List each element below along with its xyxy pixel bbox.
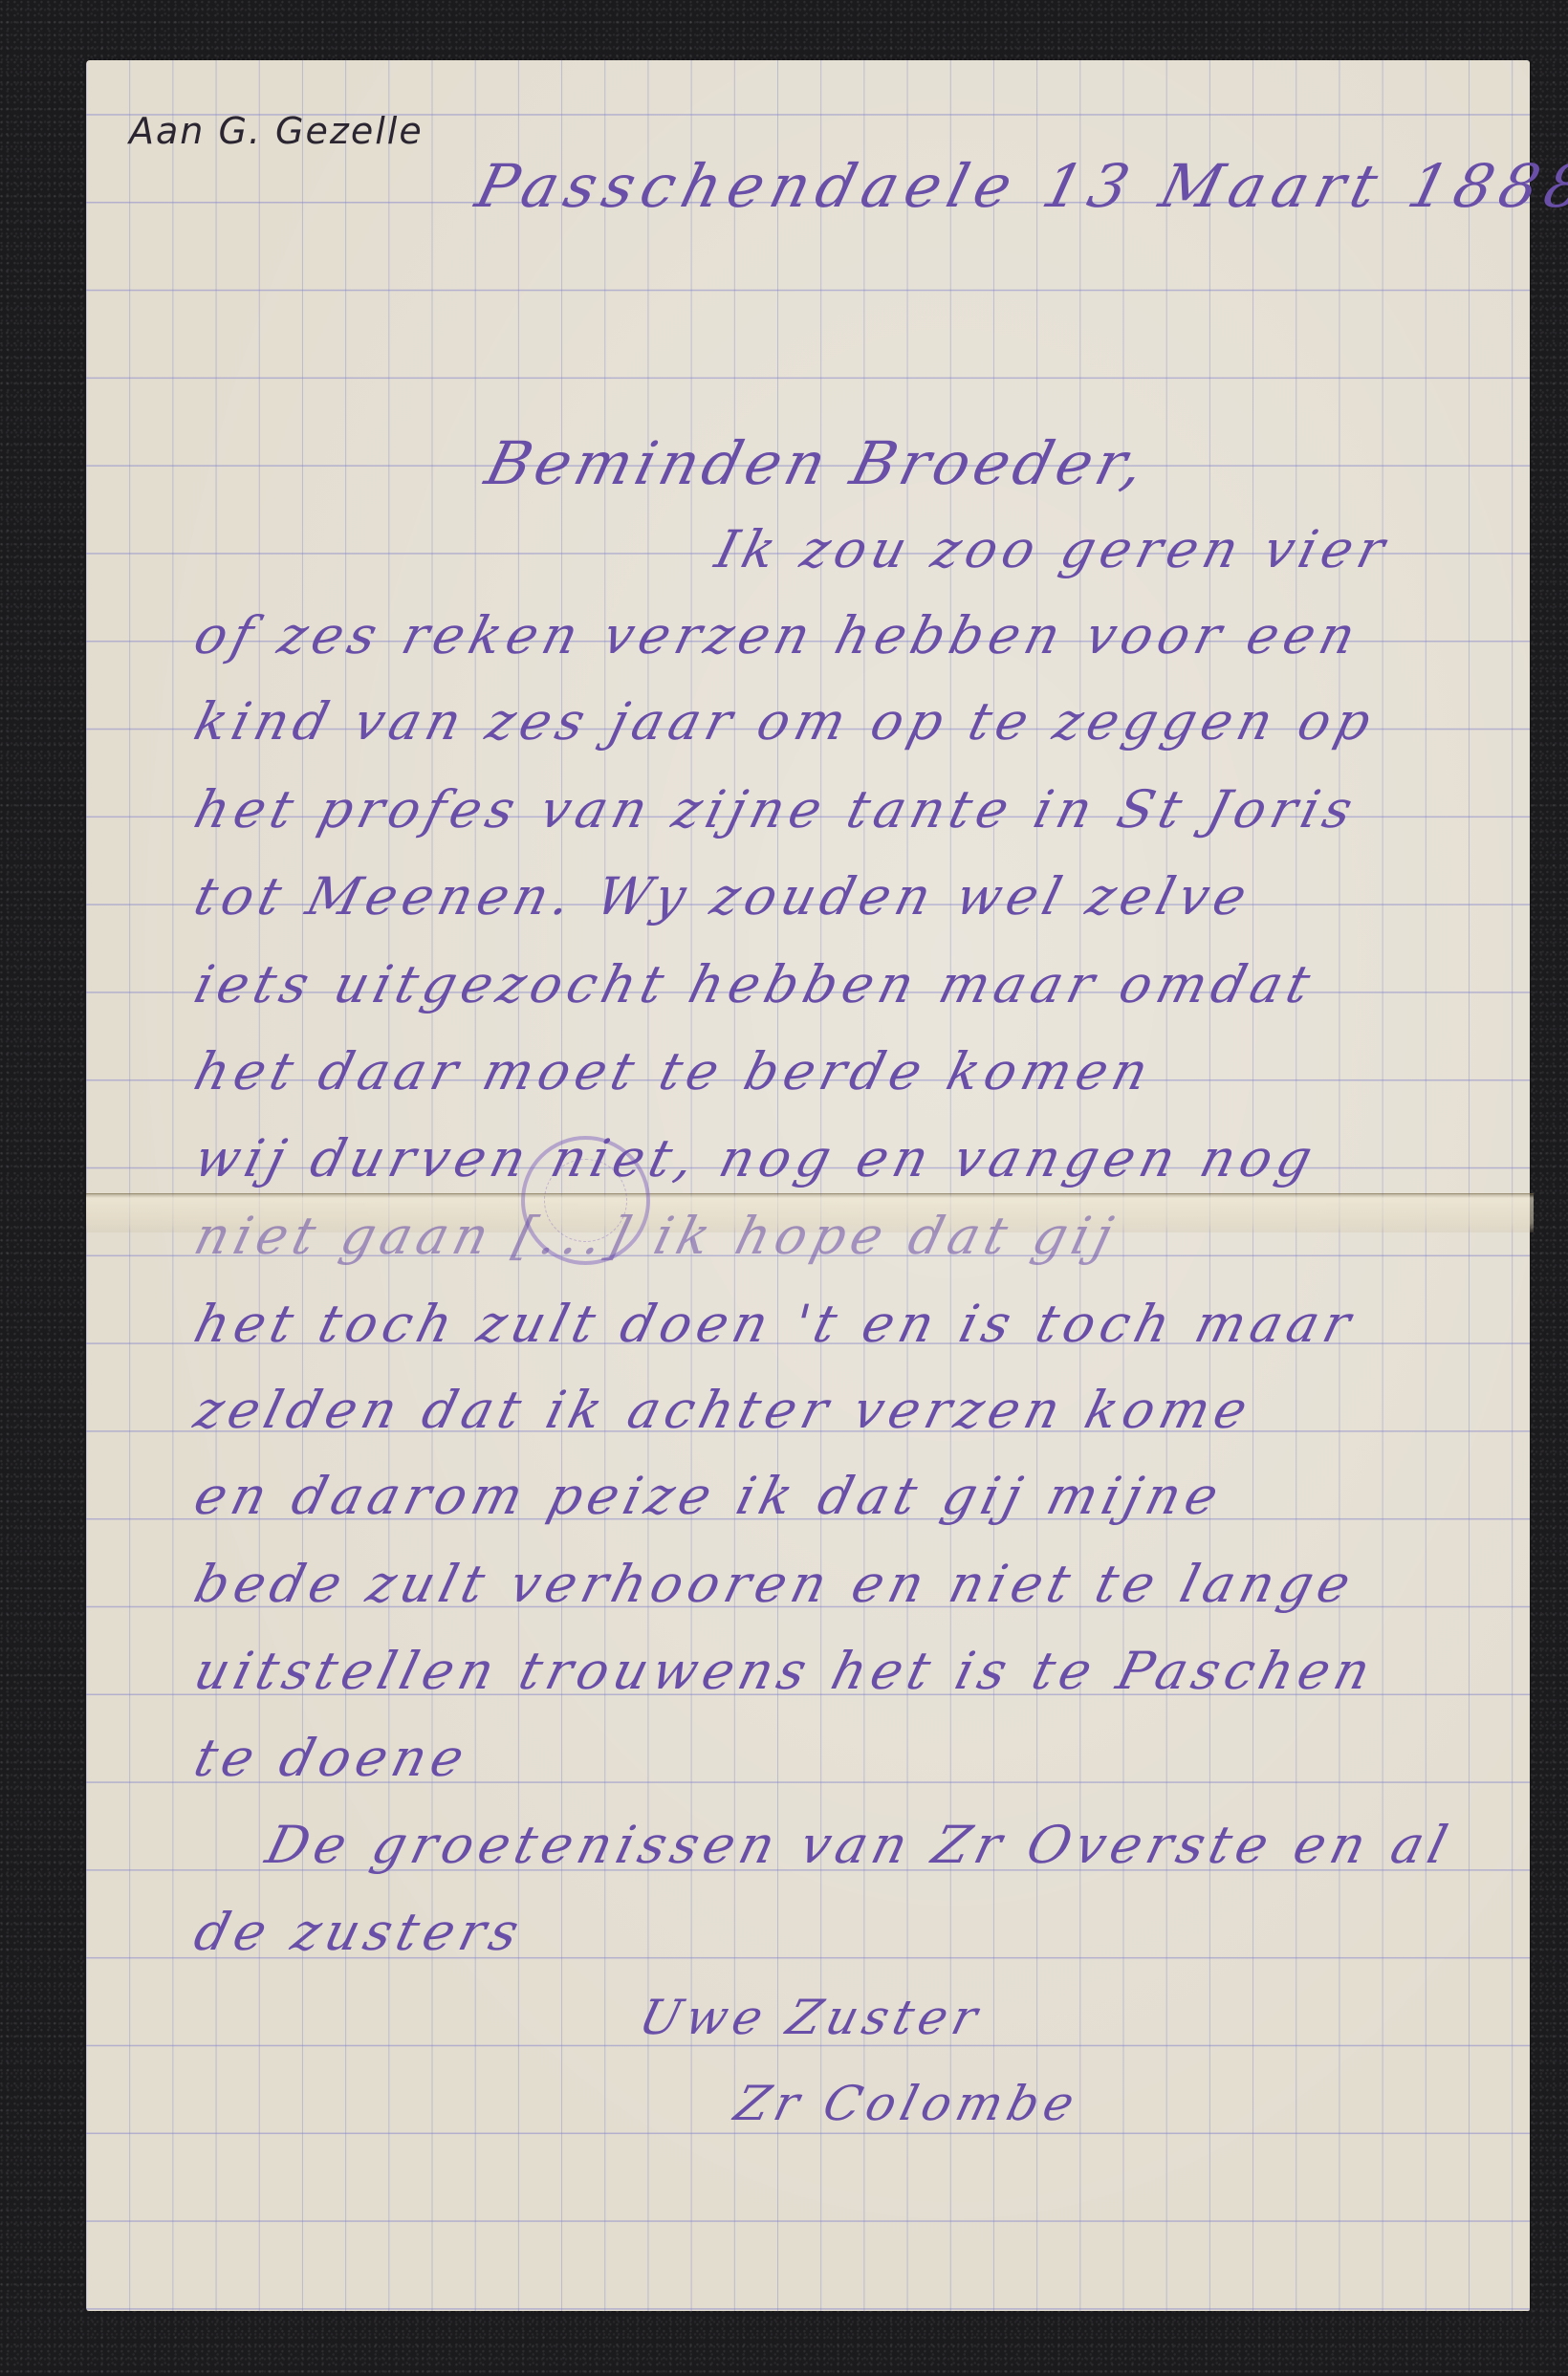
body-line: en daarom peize ik dat gij mijne	[188, 1466, 1230, 1526]
body-line: het profes van zijne tante in St Joris	[188, 779, 1364, 839]
salutation: Beminden Broeder,	[479, 428, 1156, 498]
body-line: bede zult verhooren en niet te lange	[188, 1554, 1361, 1614]
body-line: het toch zult doen 't en is toch maar	[188, 1294, 1362, 1354]
body-line: kind van zes jaar om op te zeggen op	[188, 691, 1383, 752]
body-line: Ik zou zoo geren vier	[709, 519, 1396, 579]
body-line: niet gaan [...] ik hope dat gij	[188, 1206, 1124, 1266]
body-line: het daar moet te berde komen	[188, 1041, 1160, 1101]
signature: Zr Colombe	[730, 2076, 1085, 2131]
body-line: te doene	[188, 1728, 475, 1788]
body-line: tot Meenen. Wy zouden wel zelve	[188, 866, 1258, 926]
place-date-line: Passchendaele 13 Maart 1888	[469, 151, 1568, 221]
body-line: zelden dat ik achter verzen kome	[188, 1380, 1259, 1440]
body-line: uitstellen trouwens het is te Paschen	[188, 1641, 1382, 1701]
closing: Uwe Zuster	[634, 1990, 989, 2045]
body-line: wij durven niet, nog en vangen nog	[188, 1128, 1323, 1188]
body-line: iets uitgezocht hebben maar omdat	[188, 954, 1321, 1014]
body-line: of zes reken verzen hebben voor een	[188, 605, 1367, 665]
letter-paper: Aan G. Gezelle Passchendaele 13 Maart 18…	[86, 60, 1530, 2311]
pencil-annotation: Aan G. Gezelle	[129, 110, 424, 152]
body-line: de zusters	[188, 1902, 531, 1962]
body-line: De groetenissen van Zr Overste en al	[260, 1815, 1459, 1875]
